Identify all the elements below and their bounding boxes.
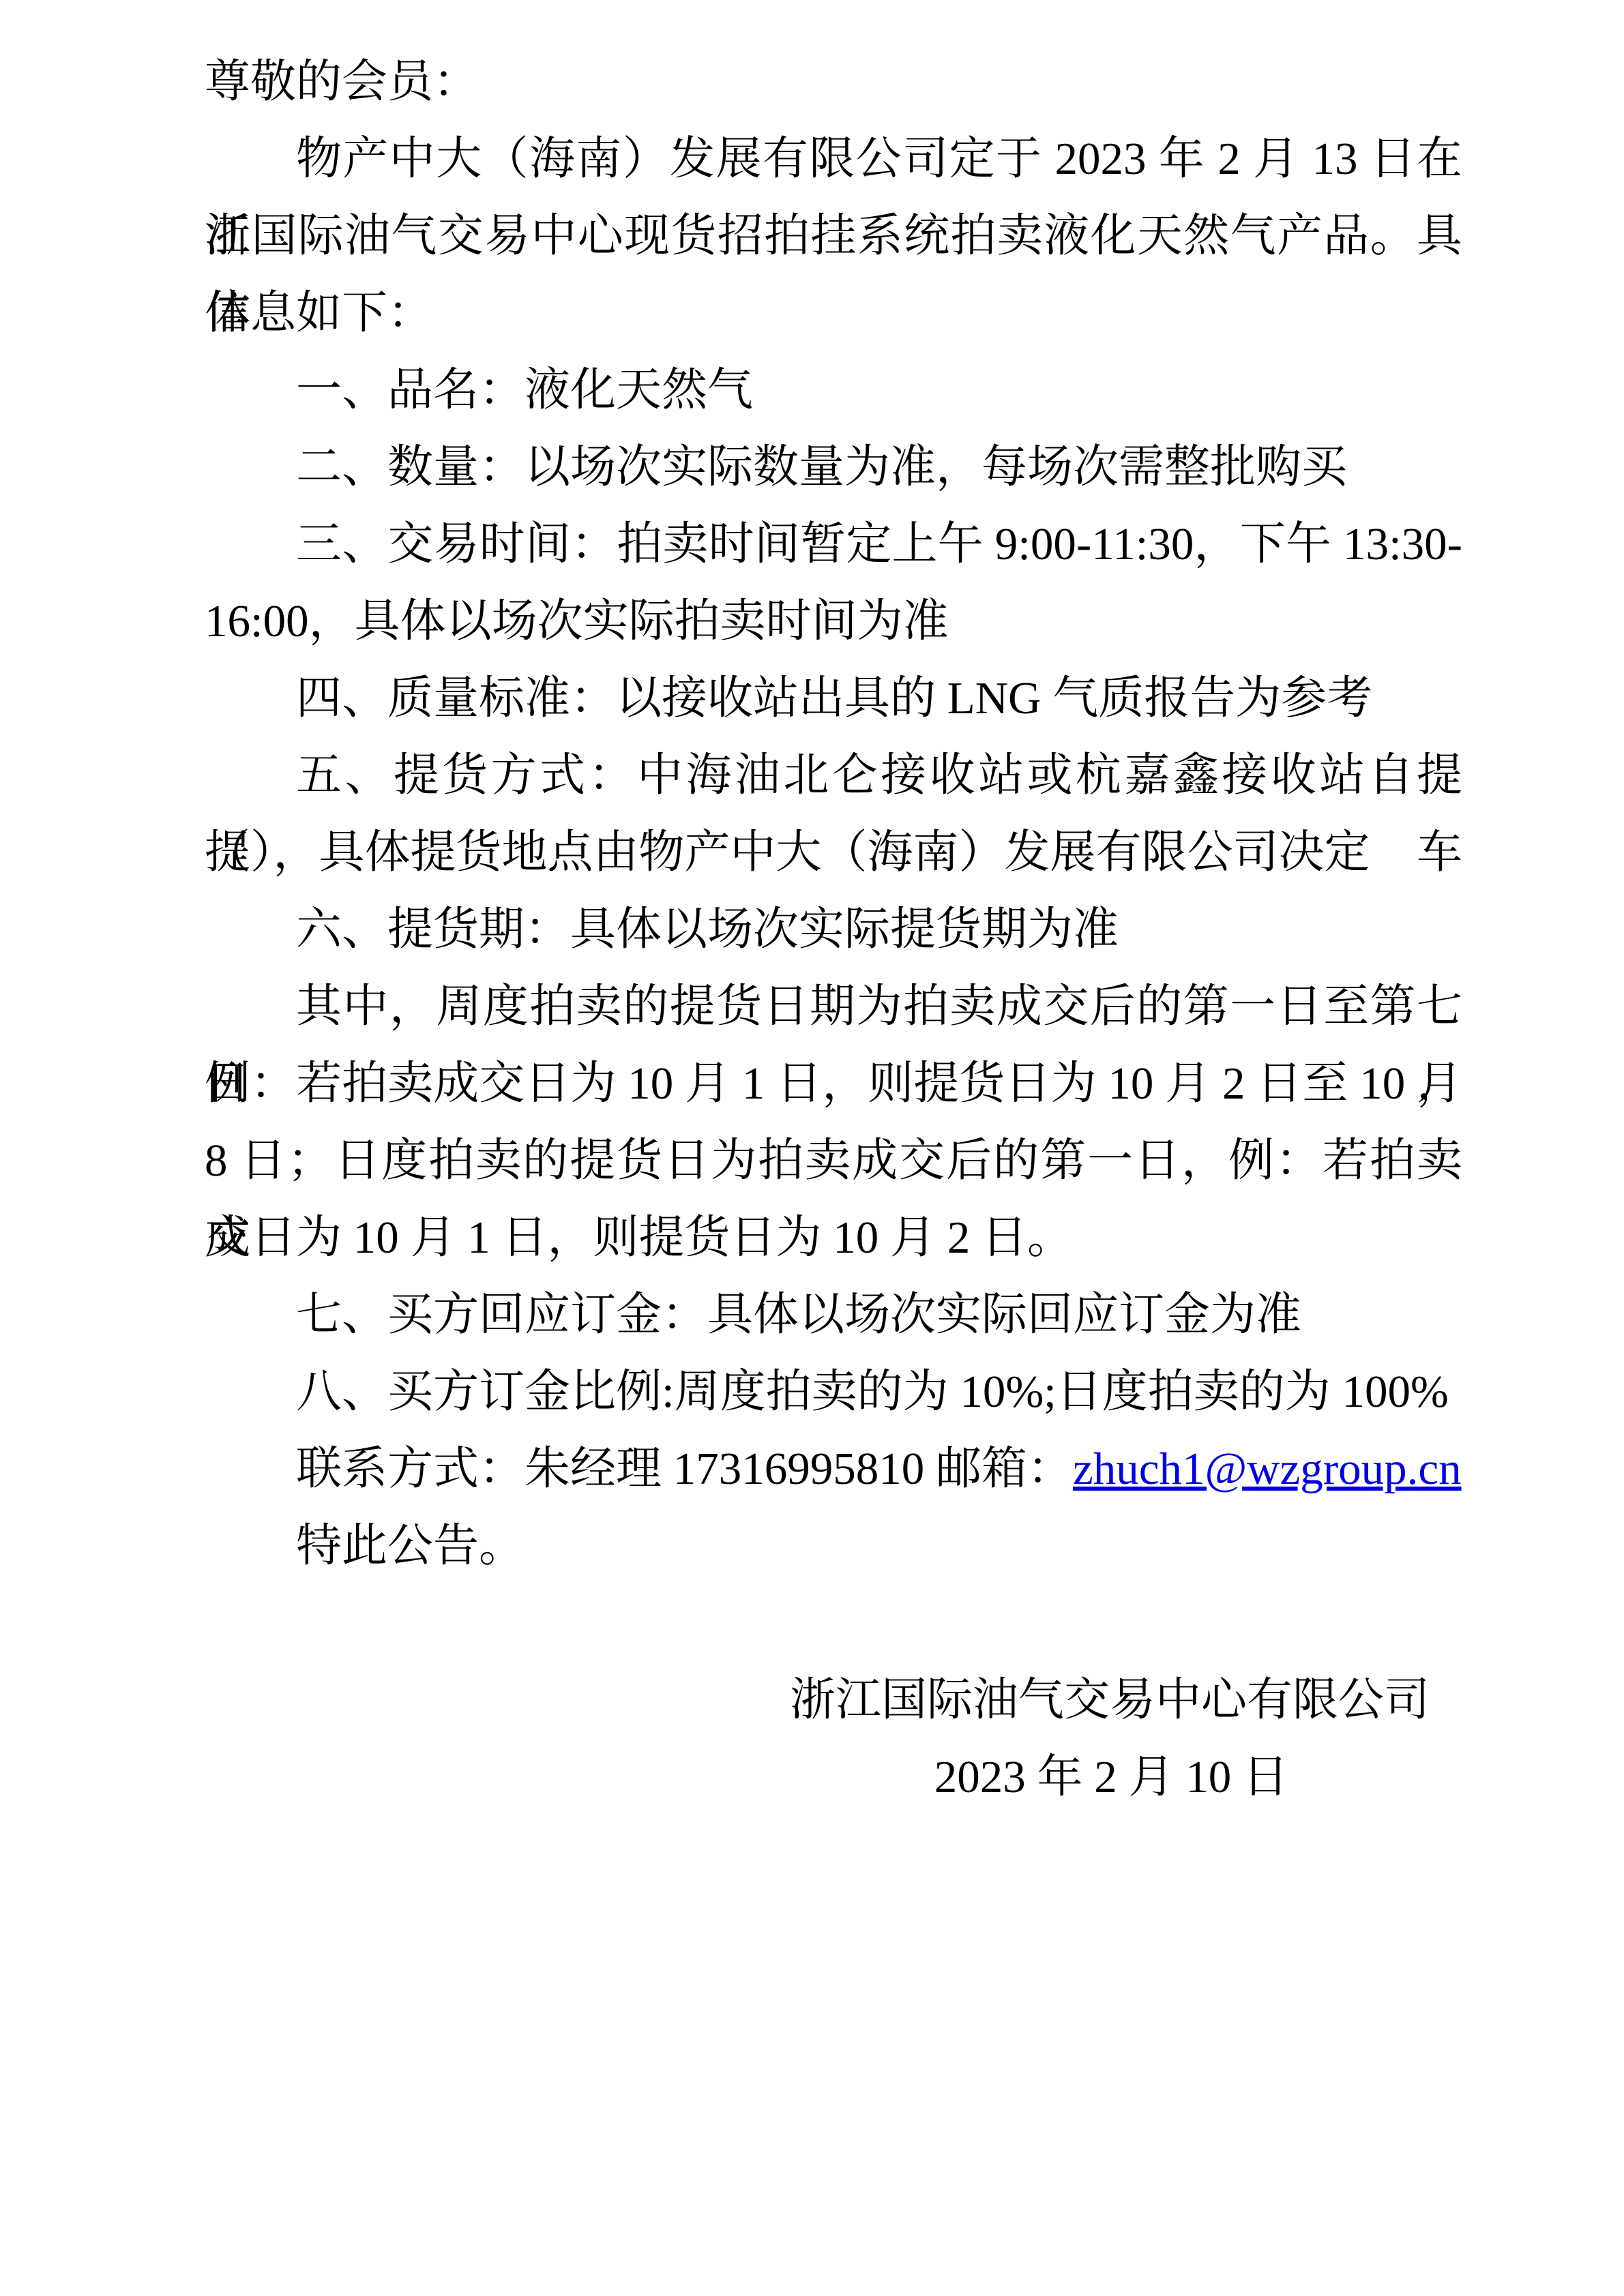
text-line: 一、品名：液化天然气: [205, 352, 1462, 429]
signature-date: 2023 年 2 月 10 日: [205, 1739, 1462, 1816]
document-body: 尊敬的会员：物产中大（海南）发展有限公司定于 2023 年 2 月 13 日在浙…: [205, 44, 1462, 1585]
text-line: 二、数量：以场次实际数量为准，每场次需整批购买: [205, 429, 1462, 506]
text-line: 信息如下：: [205, 275, 1462, 352]
signature-company: 浙江国际油气交易中心有限公司: [205, 1662, 1462, 1739]
text-line: 四、质量标准：以接收站出具的 LNG 气质报告为参考: [205, 660, 1462, 737]
text-line: 提），具体提货地点由物产中大（海南）发展有限公司决定: [205, 814, 1462, 891]
text-line: 特此公告。: [205, 1508, 1462, 1585]
text-line: 三、交易时间：拍卖时间暂定上午 9:00-11:30，下午 13:30-: [205, 506, 1462, 583]
text-line: 16:00，具体以场次实际拍卖时间为准: [205, 583, 1462, 660]
signature-block: 浙江国际油气交易中心有限公司 2023 年 2 月 10 日: [205, 1662, 1462, 1816]
text-line: 尊敬的会员：: [205, 44, 1462, 121]
text-line: 交日为 10 月 1 日，则提货日为 10 月 2 日。: [205, 1199, 1462, 1277]
text-line: 联系方式：朱经理 17316995810 邮箱：zhuch1@wzgroup.c…: [205, 1431, 1462, 1508]
text-line: 六、提货期：具体以场次实际提货期为准: [205, 891, 1462, 968]
text-line: 五、提货方式：中海油北仑接收站或杭嘉鑫接收站自提（车: [205, 737, 1462, 814]
document-page: 尊敬的会员：物产中大（海南）发展有限公司定于 2023 年 2 月 13 日在浙…: [0, 0, 1624, 2296]
text-line: 物产中大（海南）发展有限公司定于 2023 年 2 月 13 日在浙: [205, 121, 1462, 198]
text-line: 七、买方回应订金：具体以场次实际回应订金为准: [205, 1277, 1462, 1354]
text-line: 其中，周度拍卖的提货日期为拍卖成交后的第一日至第七日，: [205, 968, 1462, 1045]
text-line: 例：若拍卖成交日为 10 月 1 日，则提货日为 10 月 2 日至 10 月: [205, 1045, 1462, 1122]
text-line: 八、买方订金比例:周度拍卖的为 10%;日度拍卖的为 100%: [205, 1354, 1462, 1431]
text-line: 江国际油气交易中心现货招拍挂系统拍卖液化天然气产品。具体: [205, 198, 1462, 275]
text-line: 8 日；日度拍卖的提货日为拍卖成交后的第一日，例：若拍卖成: [205, 1122, 1462, 1199]
email-link[interactable]: zhuch1@wzgroup.cn: [1073, 1444, 1462, 1494]
